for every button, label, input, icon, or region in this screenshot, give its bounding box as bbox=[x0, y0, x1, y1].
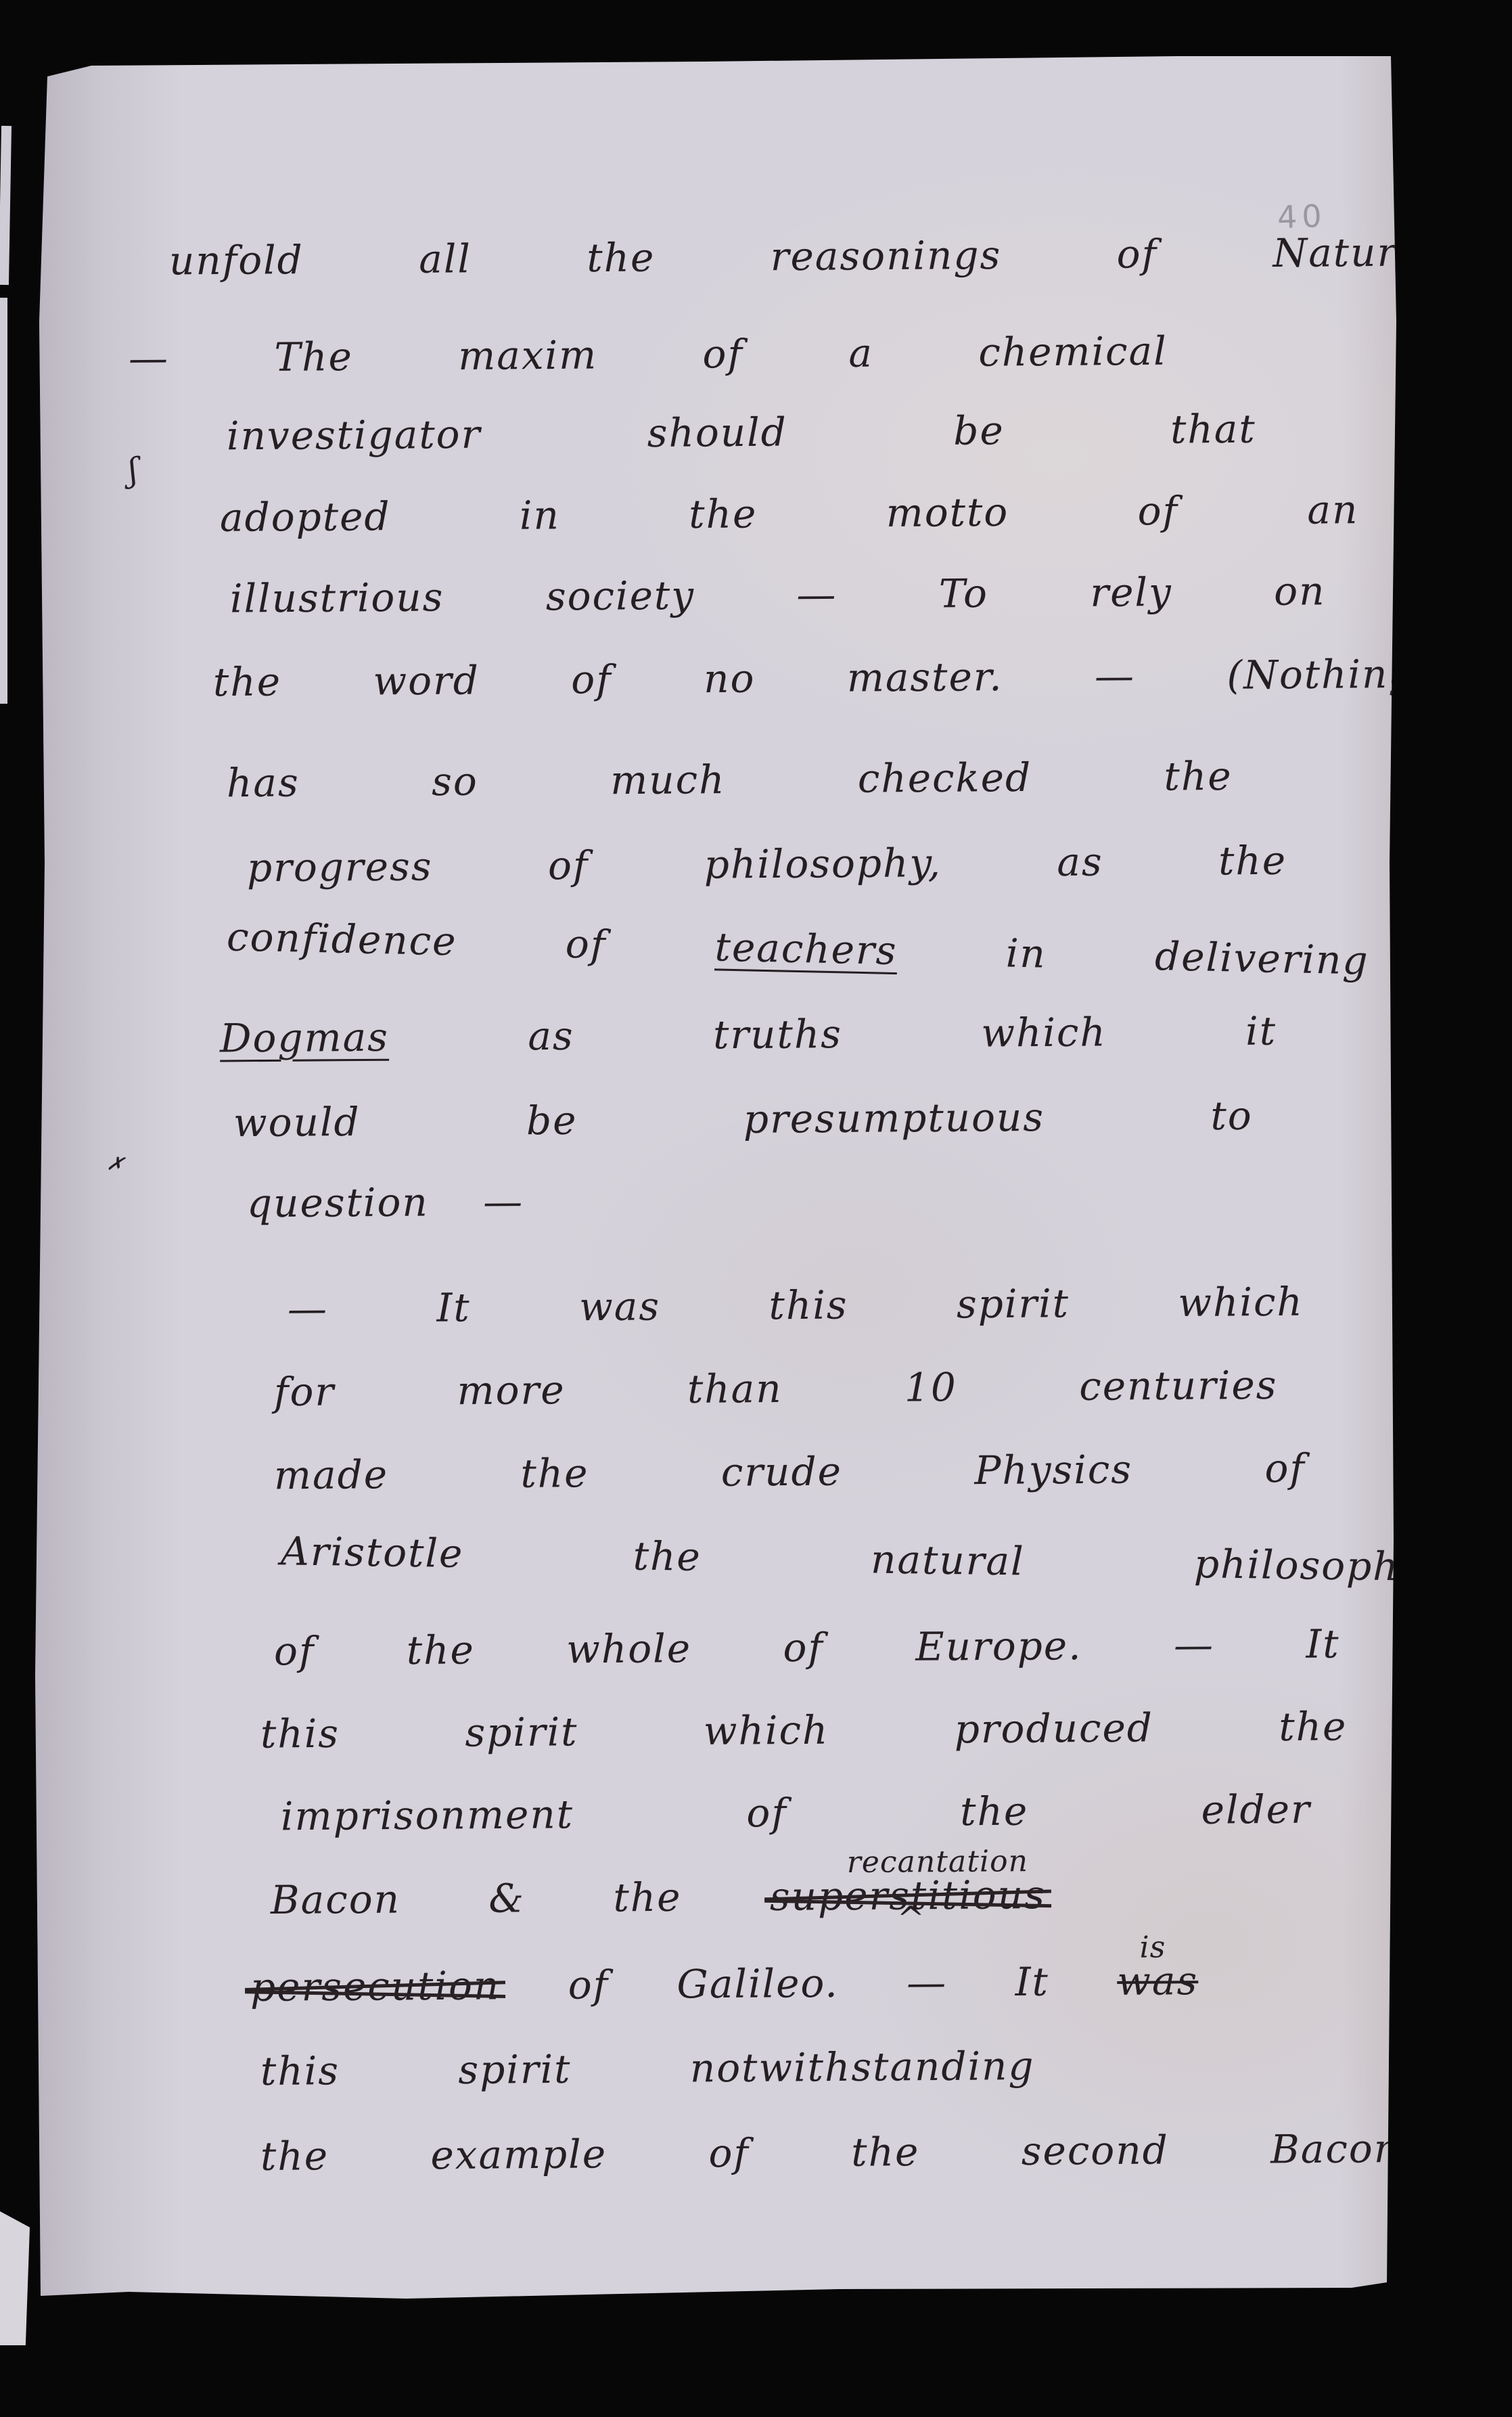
handwriting-text: — It was this spirit which bbox=[288, 1279, 1304, 1332]
handwriting-text: this spirit which produced the bbox=[260, 1703, 1348, 1757]
handwritten-line: the word of no master. — (Nothing bbox=[213, 651, 1415, 705]
handwriting-text: investigator should be that bbox=[227, 406, 1256, 459]
handwriting-text: made the crude Physics of bbox=[274, 1445, 1306, 1499]
handwritten-line: imprisonment of the elder bbox=[281, 1786, 1311, 1840]
handwriting-text: of Galileo. — It bbox=[568, 1959, 1049, 2008]
handwritten-line: unfold all the reasonings of Nature bbox=[169, 229, 1422, 284]
handwritten-line: confidence of teachers in delivering bbox=[226, 913, 1369, 983]
handwritten-line: this spirit which produced the bbox=[260, 1703, 1348, 1757]
handwriting-text: progress of philosophy, as the bbox=[247, 838, 1287, 891]
handwriting-text: as truths which it bbox=[528, 1008, 1277, 1060]
handwritten-line: progress of philosophy, as the bbox=[247, 838, 1287, 891]
handwriting-text: the example of the second Bacon bbox=[260, 2125, 1401, 2179]
handwritten-line: investigator should be that bbox=[227, 406, 1256, 459]
handwritten-line: — It was this spirit which bbox=[288, 1279, 1304, 1332]
inserted-word: recantation bbox=[847, 1845, 1029, 1880]
inserted-word: is bbox=[1139, 1930, 1166, 1965]
handwritten-line: has so much checked the bbox=[227, 753, 1233, 806]
page-edge-sliver bbox=[0, 2211, 30, 2345]
handwritten-line: made the crude Physics of bbox=[274, 1445, 1306, 1499]
handwriting-text: imprisonment of the elder bbox=[281, 1786, 1311, 1840]
handwritten-line: adopted in the motto of an bbox=[220, 487, 1359, 541]
underlined-word: teachers bbox=[714, 924, 898, 974]
corrected-word-stack: superstitiousrecantation^ bbox=[770, 1872, 1046, 1920]
handwriting-text: unfold all the reasonings of Nature bbox=[169, 229, 1422, 284]
handwritten-line: Dogmas as truths which it bbox=[220, 1008, 1277, 1062]
page-edge-sliver bbox=[0, 126, 12, 285]
handwritten-line: Bacon & the superstitiousrecantation^ bbox=[271, 1872, 1046, 1923]
handwriting-text: Aristotle the natural philosophy bbox=[281, 1528, 1423, 1590]
handwritten-line: question — bbox=[247, 1179, 524, 1227]
ink-mark: ✗ bbox=[105, 1151, 126, 1177]
handwritten-line: illustrious society — To rely on bbox=[230, 568, 1326, 621]
handwriting-text: confidence of bbox=[226, 913, 607, 968]
handwritten-line: persecution of Galileo. — It wasis bbox=[250, 1958, 1199, 2010]
handwriting-text: illustrious society — To rely on bbox=[230, 568, 1326, 621]
handwriting-text: for more than 10 centuries bbox=[274, 1362, 1278, 1415]
handwriting-text: this spirit notwithstanding bbox=[260, 2043, 1035, 2094]
handwritten-line: this spirit notwithstanding bbox=[260, 2043, 1035, 2094]
handwritten-line: for more than 10 centuries bbox=[274, 1362, 1278, 1415]
manuscript-page: 40 unfold all the reasonings of Nature— … bbox=[27, 51, 1400, 2304]
handwritten-line: would be presumptuous to bbox=[233, 1093, 1253, 1146]
struck-word: persecution bbox=[250, 1962, 501, 2010]
handwriting-text: adopted in the motto of an bbox=[220, 487, 1359, 541]
handwritten-line: the example of the second Bacon bbox=[260, 2125, 1401, 2179]
corrected-word-stack: wasis bbox=[1117, 1958, 1198, 2004]
handwriting-text: of the whole of Europe. — It was bbox=[274, 1620, 1512, 1675]
handwriting-text: has so much checked the bbox=[227, 753, 1233, 806]
handwriting-text: question — bbox=[247, 1179, 524, 1227]
handwritten-line: of the whole of Europe. — It was bbox=[274, 1620, 1512, 1675]
page-edge-sliver bbox=[0, 298, 7, 704]
handwritten-line: Aristotle the natural philosophy bbox=[281, 1528, 1423, 1590]
handwriting-text: — The maxim of a chemical bbox=[129, 328, 1168, 382]
caret-mark: ^ bbox=[897, 1899, 927, 1939]
handwriting-text: would be presumptuous to bbox=[233, 1093, 1253, 1146]
handwriting-text: the word of no master. — (Nothing bbox=[213, 651, 1415, 705]
handwriting-text: Bacon & the bbox=[271, 1874, 682, 1923]
handwritten-line: — The maxim of a chemical bbox=[129, 328, 1168, 382]
ink-mark: ʃ bbox=[126, 451, 140, 489]
handwriting-text: in delivering bbox=[1005, 930, 1369, 983]
photo-background: 40 unfold all the reasonings of Nature— … bbox=[0, 0, 1512, 2417]
underlined-word: Dogmas bbox=[220, 1014, 389, 1062]
